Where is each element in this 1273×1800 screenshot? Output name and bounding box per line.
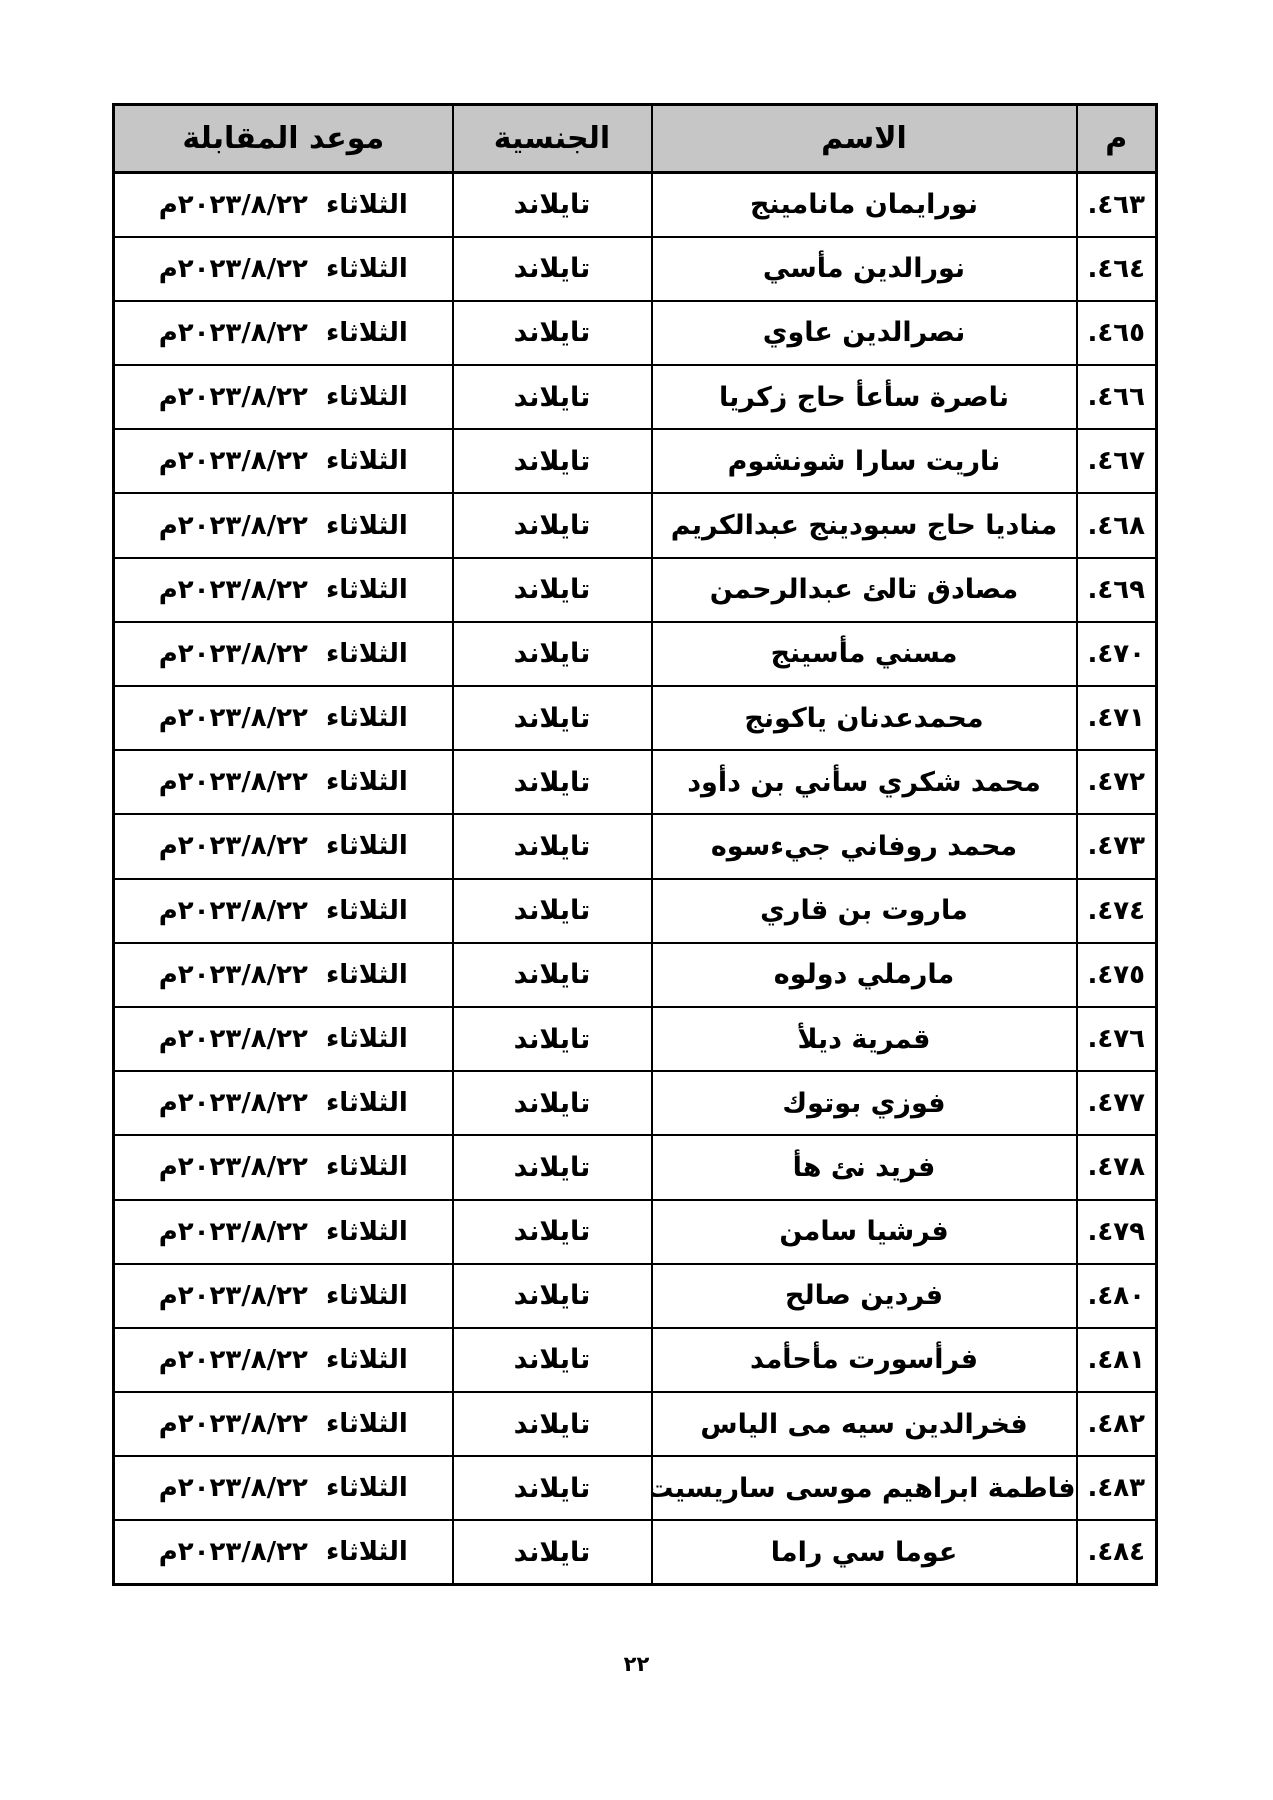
interview-date-cell: الثلاثاء ٢٠٢٣/٨/٢٢م xyxy=(114,1264,453,1328)
nationality-cell: تايلاند xyxy=(453,750,652,814)
table-row: ٤٧٢. محمد شكري سأني بن دأود تايلاند الثل… xyxy=(114,750,1157,814)
row-number-cell: ٤٦٥. xyxy=(1077,301,1157,365)
name-cell: عوما سي راما xyxy=(652,1520,1077,1584)
table-row: ٤٧٠. مسني مأسينج تايلاند الثلاثاء ٢٠٢٣/٨… xyxy=(114,622,1157,686)
name-cell: فريد نئ هأ xyxy=(652,1135,1077,1199)
name-cell: محمد شكري سأني بن دأود xyxy=(652,750,1077,814)
page-number: ٢٢ xyxy=(0,1652,1273,1676)
interview-date-cell: الثلاثاء ٢٠٢٣/٨/٢٢م xyxy=(114,622,453,686)
table-row: ٤٧٨. فريد نئ هأ تايلاند الثلاثاء ٢٠٢٣/٨/… xyxy=(114,1135,1157,1199)
interview-date-cell: الثلاثاء ٢٠٢٣/٨/٢٢م xyxy=(114,1200,453,1264)
interview-date-cell: الثلاثاء ٢٠٢٣/٨/٢٢م xyxy=(114,750,453,814)
nationality-cell: تايلاند xyxy=(453,237,652,301)
interview-schedule-table: م الاسم الجنسية موعد المقابلة ٤٦٣. نوراي… xyxy=(112,103,1158,1586)
interview-date-cell: الثلاثاء ٢٠٢٣/٨/٢٢م xyxy=(114,301,453,365)
row-number-cell: ٤٦٩. xyxy=(1077,558,1157,622)
table-row: ٤٨٤. عوما سي راما تايلاند الثلاثاء ٢٠٢٣/… xyxy=(114,1520,1157,1584)
table-row: ٤٧٥. مارملي دولوه تايلاند الثلاثاء ٢٠٢٣/… xyxy=(114,943,1157,1007)
row-number-cell: ٤٦٣. xyxy=(1077,173,1157,237)
interview-date-cell: الثلاثاء ٢٠٢٣/٨/٢٢م xyxy=(114,1328,453,1392)
row-number-cell: ٤٨٠. xyxy=(1077,1264,1157,1328)
name-cell: فخرالدين سيه مى الياس xyxy=(652,1392,1077,1456)
table-row: ٤٦٤. نورالدين مأسي تايلاند الثلاثاء ٢٠٢٣… xyxy=(114,237,1157,301)
row-number-cell: ٤٦٨. xyxy=(1077,493,1157,557)
name-cell: قمرية ديلأ xyxy=(652,1007,1077,1071)
name-cell: محمدعدنان ياكونج xyxy=(652,686,1077,750)
header-interview-date: موعد المقابلة xyxy=(114,105,453,173)
nationality-cell: تايلاند xyxy=(453,686,652,750)
nationality-cell: تايلاند xyxy=(453,1456,652,1520)
nationality-cell: تايلاند xyxy=(453,814,652,878)
nationality-cell: تايلاند xyxy=(453,943,652,1007)
nationality-cell: تايلاند xyxy=(453,1264,652,1328)
row-number-cell: ٤٧٢. xyxy=(1077,750,1157,814)
interview-date-cell: الثلاثاء ٢٠٢٣/٨/٢٢م xyxy=(114,1392,453,1456)
nationality-cell: تايلاند xyxy=(453,301,652,365)
name-cell: محمد روفاني جيءسوه xyxy=(652,814,1077,878)
table-row: ٤٦٧. ناريت سارا شونشوم تايلاند الثلاثاء … xyxy=(114,429,1157,493)
name-cell: مصادق تالئ عبدالرحمن xyxy=(652,558,1077,622)
nationality-cell: تايلاند xyxy=(453,365,652,429)
table-row: ٤٨٣. فاطمة ابراهيم موسى ساريسيت تايلاند … xyxy=(114,1456,1157,1520)
name-cell: فرأسورت مأحأمد xyxy=(652,1328,1077,1392)
table-row: ٤٧٧. فوزي بوتوك تايلاند الثلاثاء ٢٠٢٣/٨/… xyxy=(114,1071,1157,1135)
nationality-cell: تايلاند xyxy=(453,1200,652,1264)
name-cell: فاطمة ابراهيم موسى ساريسيت xyxy=(652,1456,1077,1520)
name-cell: فرشيا سامن xyxy=(652,1200,1077,1264)
table-row: ٤٨٢. فخرالدين سيه مى الياس تايلاند الثلا… xyxy=(114,1392,1157,1456)
table-row: ٤٧١. محمدعدنان ياكونج تايلاند الثلاثاء ٢… xyxy=(114,686,1157,750)
table-row: ٤٧٤. ماروت بن قاري تايلاند الثلاثاء ٢٠٢٣… xyxy=(114,879,1157,943)
interview-date-cell: الثلاثاء ٢٠٢٣/٨/٢٢م xyxy=(114,558,453,622)
header-name: الاسم xyxy=(652,105,1077,173)
nationality-cell: تايلاند xyxy=(453,1135,652,1199)
interview-date-cell: الثلاثاء ٢٠٢٣/٨/٢٢م xyxy=(114,879,453,943)
row-number-cell: ٤٧١. xyxy=(1077,686,1157,750)
name-cell: فردين صالح xyxy=(652,1264,1077,1328)
nationality-cell: تايلاند xyxy=(453,879,652,943)
row-number-cell: ٤٦٧. xyxy=(1077,429,1157,493)
nationality-cell: تايلاند xyxy=(453,1520,652,1584)
name-cell: ماروت بن قاري xyxy=(652,879,1077,943)
nationality-cell: تايلاند xyxy=(453,1007,652,1071)
table-row: ٤٨٠. فردين صالح تايلاند الثلاثاء ٢٠٢٣/٨/… xyxy=(114,1264,1157,1328)
name-cell: ناريت سارا شونشوم xyxy=(652,429,1077,493)
name-cell: نورايمان مانامينج xyxy=(652,173,1077,237)
document-page: م الاسم الجنسية موعد المقابلة ٤٦٣. نوراي… xyxy=(0,0,1273,1800)
table-row: ٤٦٥. نصرالدين عاوي تايلاند الثلاثاء ٢٠٢٣… xyxy=(114,301,1157,365)
table-row: ٤٦٣. نورايمان مانامينج تايلاند الثلاثاء … xyxy=(114,173,1157,237)
row-number-cell: ٤٧٧. xyxy=(1077,1071,1157,1135)
table-row: ٤٨١. فرأسورت مأحأمد تايلاند الثلاثاء ٢٠٢… xyxy=(114,1328,1157,1392)
interview-date-cell: الثلاثاء ٢٠٢٣/٨/٢٢م xyxy=(114,173,453,237)
nationality-cell: تايلاند xyxy=(453,493,652,557)
row-number-cell: ٤٧٩. xyxy=(1077,1200,1157,1264)
interview-date-cell: الثلاثاء ٢٠٢٣/٨/٢٢م xyxy=(114,429,453,493)
interview-date-cell: الثلاثاء ٢٠٢٣/٨/٢٢م xyxy=(114,1135,453,1199)
nationality-cell: تايلاند xyxy=(453,622,652,686)
interview-date-cell: الثلاثاء ٢٠٢٣/٨/٢٢م xyxy=(114,1520,453,1584)
interview-date-cell: الثلاثاء ٢٠٢٣/٨/٢٢م xyxy=(114,1007,453,1071)
row-number-cell: ٤٧٦. xyxy=(1077,1007,1157,1071)
row-number-cell: ٤٧٠. xyxy=(1077,622,1157,686)
name-cell: مناديا حاج سبودينج عبدالكريم xyxy=(652,493,1077,557)
table-row: ٤٦٨. مناديا حاج سبودينج عبدالكريم تايلان… xyxy=(114,493,1157,557)
interview-date-cell: الثلاثاء ٢٠٢٣/٨/٢٢م xyxy=(114,943,453,1007)
name-cell: ناصرة سأعأ حاج زكريا xyxy=(652,365,1077,429)
row-number-cell: ٤٨٢. xyxy=(1077,1392,1157,1456)
name-cell: مسني مأسينج xyxy=(652,622,1077,686)
name-cell: نورالدين مأسي xyxy=(652,237,1077,301)
interview-date-cell: الثلاثاء ٢٠٢٣/٨/٢٢م xyxy=(114,1071,453,1135)
table-row: ٤٧٩. فرشيا سامن تايلاند الثلاثاء ٢٠٢٣/٨/… xyxy=(114,1200,1157,1264)
name-cell: فوزي بوتوك xyxy=(652,1071,1077,1135)
interview-date-cell: الثلاثاء ٢٠٢٣/٨/٢٢م xyxy=(114,1456,453,1520)
nationality-cell: تايلاند xyxy=(453,429,652,493)
row-number-cell: ٤٧٤. xyxy=(1077,879,1157,943)
interview-date-cell: الثلاثاء ٢٠٢٣/٨/٢٢م xyxy=(114,365,453,429)
nationality-cell: تايلاند xyxy=(453,558,652,622)
header-no: م xyxy=(1077,105,1157,173)
row-number-cell: ٤٧٨. xyxy=(1077,1135,1157,1199)
nationality-cell: تايلاند xyxy=(453,1071,652,1135)
nationality-cell: تايلاند xyxy=(453,173,652,237)
row-number-cell: ٤٧٣. xyxy=(1077,814,1157,878)
header-nationality: الجنسية xyxy=(453,105,652,173)
row-number-cell: ٤٨٣. xyxy=(1077,1456,1157,1520)
interview-date-cell: الثلاثاء ٢٠٢٣/٨/٢٢م xyxy=(114,814,453,878)
row-number-cell: ٤٦٦. xyxy=(1077,365,1157,429)
interview-date-cell: الثلاثاء ٢٠٢٣/٨/٢٢م xyxy=(114,237,453,301)
row-number-cell: ٤٨١. xyxy=(1077,1328,1157,1392)
header-row: م الاسم الجنسية موعد المقابلة xyxy=(114,105,1157,173)
row-number-cell: ٤٨٤. xyxy=(1077,1520,1157,1584)
table-row: ٤٧٣. محمد روفاني جيءسوه تايلاند الثلاثاء… xyxy=(114,814,1157,878)
nationality-cell: تايلاند xyxy=(453,1392,652,1456)
table-row: ٤٦٦. ناصرة سأعأ حاج زكريا تايلاند الثلاث… xyxy=(114,365,1157,429)
table-row: ٤٧٦. قمرية ديلأ تايلاند الثلاثاء ٢٠٢٣/٨/… xyxy=(114,1007,1157,1071)
row-number-cell: ٤٦٤. xyxy=(1077,237,1157,301)
interview-date-cell: الثلاثاء ٢٠٢٣/٨/٢٢م xyxy=(114,493,453,557)
interview-date-cell: الثلاثاء ٢٠٢٣/٨/٢٢م xyxy=(114,686,453,750)
row-number-cell: ٤٧٥. xyxy=(1077,943,1157,1007)
nationality-cell: تايلاند xyxy=(453,1328,652,1392)
table-row: ٤٦٩. مصادق تالئ عبدالرحمن تايلاند الثلاث… xyxy=(114,558,1157,622)
name-cell: مارملي دولوه xyxy=(652,943,1077,1007)
name-cell: نصرالدين عاوي xyxy=(652,301,1077,365)
